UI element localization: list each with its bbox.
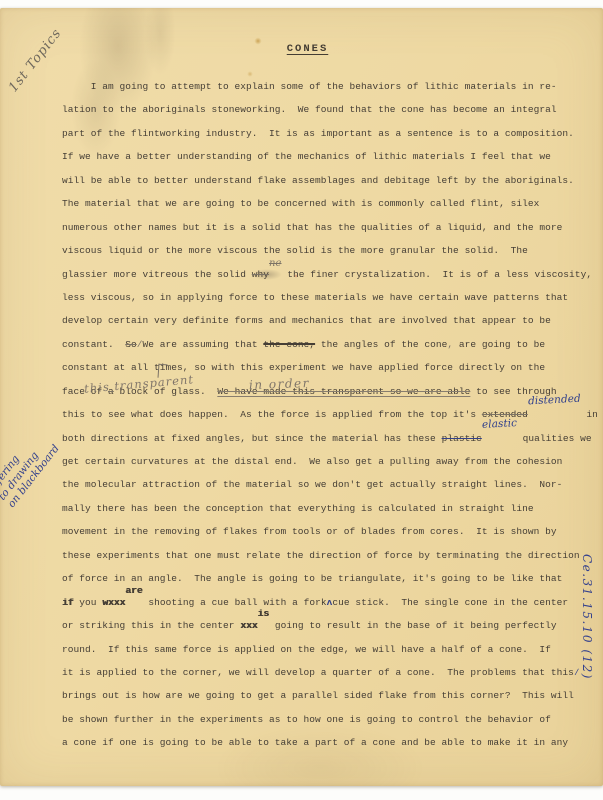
margin-note-line: refering (0, 427, 43, 495)
text-run: going to result in the base of it being … (269, 620, 557, 631)
text-run: glassier more vitreous the solid (62, 269, 252, 280)
text-run: are going to be (453, 339, 545, 350)
text-run: mally there has been the conception that… (62, 503, 534, 514)
inserted-correction: distended (528, 394, 581, 407)
text-run: this to see what does happen. As the for… (62, 409, 482, 420)
typed-line: I am going to attempt to explain some of… (62, 75, 577, 98)
edited-text-run: wxxxare (102, 597, 142, 608)
typed-line: The material that we are going to be con… (62, 192, 577, 215)
margin-note-line: to drawing (0, 435, 52, 503)
text-run: less viscous, so in applying force to th… (62, 292, 568, 303)
typed-line: lation to the aboriginals stoneworking. … (62, 98, 577, 121)
text-run: lation to the aboriginals stoneworking. … (62, 104, 557, 115)
typed-line: mally there has been the conception that… (62, 497, 577, 520)
edited-text-run: We have made this transparent so we are … (217, 386, 470, 397)
edited-text-run: ∕ (574, 667, 580, 678)
text-run: qualities we (517, 433, 592, 444)
text-run: it is applied to the corner, we will dev… (62, 667, 574, 678)
inserted-correction: ne (269, 258, 281, 269)
typed-line: these experiments that one must relate t… (62, 544, 577, 567)
text-run: The material that we are going to be con… (62, 198, 539, 209)
text-run: develop certain very definite forms and … (62, 315, 551, 326)
typed-line: both directions at fixed angles, but sin… (62, 427, 577, 450)
text-run: round. If this same force is applied on … (62, 644, 551, 655)
text-run: brings out is how are we going to get a … (62, 690, 574, 701)
margin-note-line: on blackboard (6, 443, 63, 511)
edited-text-run: a (108, 386, 114, 397)
typed-line: part of the flintworking industry. It is… (62, 122, 577, 145)
typed-line: be shown further in the experiments as t… (62, 708, 577, 731)
text-run: be shown further in the experiments as t… (62, 714, 551, 725)
edited-text-run: xxxis (240, 620, 269, 631)
text-run: the angles of the cone (315, 339, 447, 350)
text-run: viscous liquid or the more viscous the s… (62, 245, 528, 256)
scanned-document: { "document": { "title": "CONES" }, "col… (0, 0, 603, 800)
text-run: numerous other names but it is a solid t… (62, 222, 562, 233)
inserted-correction: elastic (482, 418, 518, 430)
document-title: CONES (0, 43, 603, 55)
text-run: We are assuming that (143, 339, 264, 350)
handwritten-catalog-number: Ce.31.15.10 (12) (580, 554, 594, 680)
edited-text-run: / (137, 339, 143, 350)
edited-text-run: plasticelastic (442, 433, 517, 444)
text-run: in (581, 409, 598, 420)
text-run: cue stick. The single cone in the center (332, 597, 568, 608)
typed-line: constant at all times, so with this expe… (62, 356, 577, 379)
document-page: CONES I am going to attempt to explain s… (0, 8, 603, 786)
text-run: or striking this in the center (62, 620, 240, 631)
text-run: I am going to attempt to explain some of… (62, 81, 557, 92)
inserted-correction: are (125, 585, 142, 596)
text-run: movement in the removing of flakes from … (62, 526, 557, 537)
typed-line: round. If this same force is applied on … (62, 638, 577, 661)
text-run: If we have a better understanding of the… (62, 151, 551, 162)
text-run: constant at all times, so with this expe… (62, 362, 545, 373)
typed-line: develop certain very definite forms and … (62, 309, 577, 332)
text-run: will be able to better understand flake … (62, 175, 574, 186)
typed-line: movement in the removing of flakes from … (62, 520, 577, 543)
edited-text-run: So (125, 339, 137, 350)
text-run: these experiments that one must relate t… (62, 550, 580, 561)
edited-text-run: if (62, 597, 74, 608)
typed-line: If we have a better understanding of the… (62, 145, 577, 168)
typed-line: will be able to better understand flake … (62, 169, 577, 192)
typed-line: constant. So/We are assuming that the co… (62, 333, 577, 356)
typed-line: the molecular attraction of the material… (62, 473, 577, 496)
text-run: the molecular attraction of the material… (62, 479, 562, 490)
typed-line: face of a block of glass. We have made t… (62, 380, 577, 403)
typed-line: it is applied to the corner, we will dev… (62, 661, 577, 684)
typed-line: if you wxxxare shooting a cue ball with … (62, 591, 577, 614)
typed-line: brings out is how are we going to get a … (62, 684, 577, 707)
text-run: you (74, 597, 103, 608)
text-run: the finer crystalization. It is of a les… (282, 269, 593, 280)
typed-line: get certain curvatures at the distal end… (62, 450, 577, 473)
edited-text-run: whyne (252, 269, 282, 280)
typed-line: less viscous, so in applying force to th… (62, 286, 577, 309)
typed-line: a cone if one is going to be able to tak… (62, 731, 577, 754)
typed-body: I am going to attempt to explain some of… (62, 75, 577, 755)
text-run: face of (62, 386, 108, 397)
text-run: part of the flintworking industry. It is… (62, 128, 574, 139)
typed-line: or striking this in the center xxxis goi… (62, 614, 577, 637)
typed-line: numerous other names but it is a solid t… (62, 216, 577, 239)
edited-text-run: the cone, (263, 339, 315, 350)
text-run: get certain curvatures at the distal end… (62, 456, 562, 467)
handwritten-margin-note: refering to drawing on blackboard (0, 427, 62, 510)
text-run: a cone if one is going to be able to tak… (62, 737, 568, 748)
text-run: of force in an angle. The angle is going… (62, 573, 562, 584)
text-run: constant. (62, 339, 125, 350)
typed-line: glassier more vitreous the solid whyne t… (62, 263, 577, 286)
text-run: both directions at fixed angles, but sin… (62, 433, 442, 444)
inserted-correction: is (258, 608, 270, 619)
typed-line: viscous liquid or the more viscous the s… (62, 239, 577, 262)
text-run: shooting a cue ball with a fork (143, 597, 327, 608)
handwritten-topics-note: 1st Topics (6, 26, 65, 95)
text-run: block of glass. (114, 386, 218, 397)
